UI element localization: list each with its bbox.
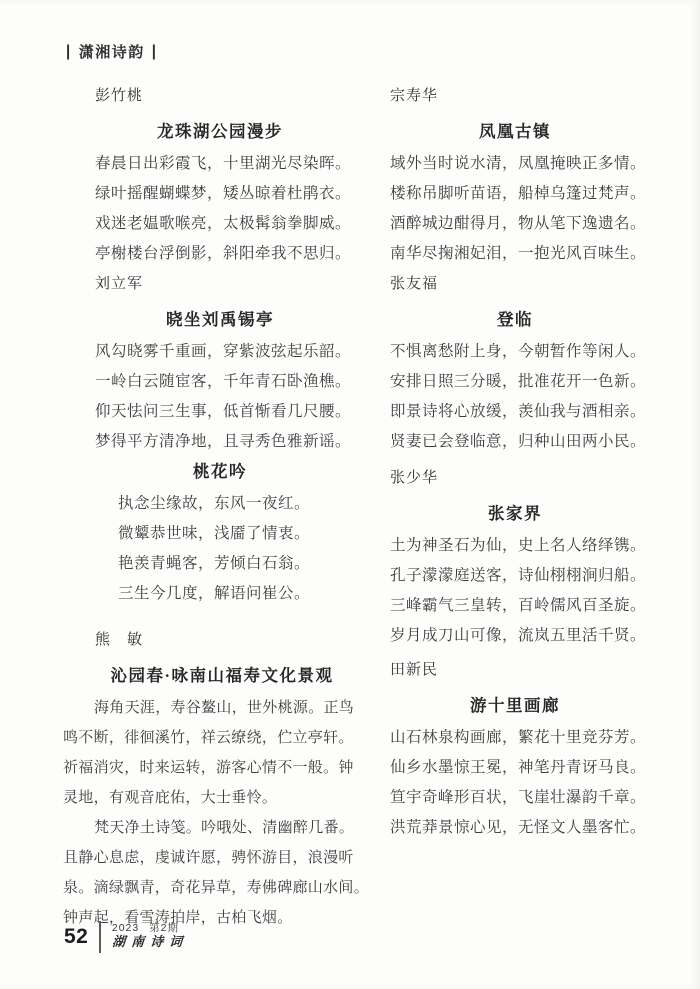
poem-line: 贤妻已会登临意，归种山田两小民。 — [390, 427, 640, 457]
poem-line: 孔子濛濛庭送客，诗仙栩栩涧归船。 — [390, 561, 640, 591]
page-number: 52 — [64, 925, 88, 949]
poem-line: 且静心息虑，虔诚许愿，骋怀游目，浪漫听 — [63, 843, 355, 873]
poem-line: 执念尘缘故，东风一夜红。 — [95, 489, 345, 519]
poem-line: 山石林泉构画廊，繁花十里竞芬芳。 — [390, 723, 640, 753]
left-column: 彭竹桃 龙珠湖公园漫步 春晨日出彩霞飞，十里湖光尽染晖。 绿叶摇醒蝴蝶梦，矮丛晾… — [63, 0, 355, 989]
poem-line: 岁月成刀山可像，流岚五里活千贤。 — [390, 621, 640, 651]
poem-line: 祈福消灾，时来运转，游客心情不一般。钟 — [63, 753, 355, 783]
right-column: 宗寿华 凤凰古镇 域外当时说水清，凤凰掩映正多情。 楼称吊脚听苗语，船棹乌篷过梵… — [390, 0, 640, 989]
poem-author: 张少华 — [390, 466, 640, 487]
poem-line: 土为神圣石为仙，史上名人络绎镌。 — [390, 531, 640, 561]
poem-line: 亭榭楼台浮倒影，斜阳牵我不思归。 — [95, 239, 345, 269]
poem-line: 戏迷老媪歌喉亮，太极髯翁拳脚威。 — [95, 209, 345, 239]
poem-longzhuhu: 彭竹桃 龙珠湖公园漫步 春晨日出彩霞飞，十里湖光尽染晖。 绿叶摇醒蝴蝶梦，矮丛晾… — [95, 84, 345, 269]
footer-divider — [99, 921, 101, 953]
poem-author: 宗寿华 — [390, 84, 640, 105]
poem-title: 沁园春·咏南山福寿文化景观 — [63, 662, 355, 686]
poem-fenghuang-guzhen: 宗寿华 凤凰古镇 域外当时说水清，凤凰掩映正多情。 楼称吊脚听苗语，船棹乌篷过梵… — [390, 84, 640, 269]
poem-line: 洪荒莽景惊心见，无怪文人墨客忙。 — [390, 813, 640, 843]
poem-title: 登临 — [390, 306, 640, 330]
poem-shili-hualang: 田新民 游十里画廊 山石林泉构画廊，繁花十里竞芬芳。 仙乡水墨惊王冕，神笔丹青讶… — [390, 658, 640, 843]
poem-line: 梵天净土诗笺。吟哦处、清幽醉几番。 — [63, 813, 355, 843]
poem-title: 凤凰古镇 — [390, 118, 640, 142]
poem-line: 域外当时说水清，凤凰掩映正多情。 — [390, 149, 640, 179]
poem-denglin: 张友福 登临 不惧离愁附上身，今朝暂作等闲人。 安排日照三分暖，批准花开一色新。… — [390, 272, 640, 457]
poem-line: 灵地，有观音庇佑，大士垂怜。 — [63, 783, 355, 813]
issue-label: 2023 第2期 — [112, 922, 188, 936]
poem-line: 不惧离愁附上身，今朝暂作等闲人。 — [390, 337, 640, 367]
poem-author: 熊 敏 — [63, 628, 355, 649]
poem-line: 南华尽掬湘妃泪，一抱光风百味生。 — [390, 239, 640, 269]
poem-line: 笪宇奇峰形百状，飞崖壮瀑韵千章。 — [390, 783, 640, 813]
poem-line: 即景诗将心放缓，羡仙我与酒相亲。 — [390, 397, 640, 427]
poem-author: 彭竹桃 — [95, 84, 345, 105]
page-footer: 52 2023 第2期 湖南诗词 — [64, 921, 188, 953]
poem-title: 龙珠湖公园漫步 — [95, 118, 345, 142]
poem-xiaozuo-liuyuxi-ting: 刘立军 晓坐刘禹锡亭 风勾晓雾千重画，穿紫波弦起乐韶。 一岭白云随宦客，千年青石… — [95, 272, 345, 457]
poem-title: 晓坐刘禹锡亭 — [95, 306, 345, 330]
poem-line: 微颦恭世味，浅靥了情衷。 — [95, 519, 345, 549]
poem-line: 海角天涯，寿谷鳌山，世外桃源。正鸟 — [63, 693, 355, 723]
poem-author: 刘立军 — [95, 272, 345, 293]
poem-line: 安排日照三分暖，批准花开一色新。 — [390, 367, 640, 397]
journal-page: | 潇湘诗韵 | 彭竹桃 龙珠湖公园漫步 春晨日出彩霞飞，十里湖光尽染晖。 绿叶… — [0, 0, 700, 989]
poem-line: 绿叶摇醒蝴蝶梦，矮丛晾着杜鹃衣。 — [95, 179, 345, 209]
poem-line: 仰天怯问三生事，低首惭看几尺腰。 — [95, 397, 345, 427]
journal-name-logo: 湖南诗词 — [111, 935, 188, 952]
poem-line: 风勾晓雾千重画，穿紫波弦起乐韶。 — [95, 337, 345, 367]
poem-author: 田新民 — [390, 658, 640, 679]
footer-info: 2023 第2期 湖南诗词 — [112, 922, 188, 953]
poem-title: 游十里画廊 — [390, 692, 640, 716]
poem-line: 鸣不断，徘徊溪竹，祥云缭绕，伫立亭轩。 — [63, 723, 355, 753]
poem-line: 一岭白云随宦客，千年青石卧渔樵。 — [95, 367, 345, 397]
poem-taohuayin: 桃花吟 执念尘缘故，东风一夜红。 微颦恭世味，浅靥了情衷。 艳羡青蝇客，芳倾白石… — [95, 458, 345, 609]
poem-line: 艳羡青蝇客，芳倾白石翁。 — [95, 549, 345, 579]
poem-line: 仙乡水墨惊王冕，神笔丹青讶马良。 — [390, 753, 640, 783]
poem-zhangjiajie: 张少华 张家界 土为神圣石为仙，史上名人络绎镌。 孔子濛濛庭送客，诗仙栩栩涧归船… — [390, 466, 640, 651]
poem-line: 三生今几度，解语问崔公。 — [95, 579, 345, 609]
poem-qinyuanchun: 熊 敏 沁园春·咏南山福寿文化景观 海角天涯，寿谷鳌山，世外桃源。正鸟 鸣不断，… — [63, 628, 355, 933]
poem-line: 楼称吊脚听苗语，船棹乌篷过梵声。 — [390, 179, 640, 209]
poem-title: 桃花吟 — [95, 458, 345, 482]
poem-line: 酒醉城边酣得月，物从笔下逸遗名。 — [390, 209, 640, 239]
poem-line: 泉。滴绿飘青，奇花异草，寿佛碑廊山水间。 — [63, 873, 355, 903]
poem-title: 张家界 — [390, 500, 640, 524]
poem-line: 三峰霸气三皇转，百岭儒风百圣旋。 — [390, 591, 640, 621]
poem-author: 张友福 — [390, 272, 640, 293]
poem-line: 春晨日出彩霞飞，十里湖光尽染晖。 — [95, 149, 345, 179]
poem-line: 梦得平方清净地，且寻秀色雅新谣。 — [95, 427, 345, 457]
